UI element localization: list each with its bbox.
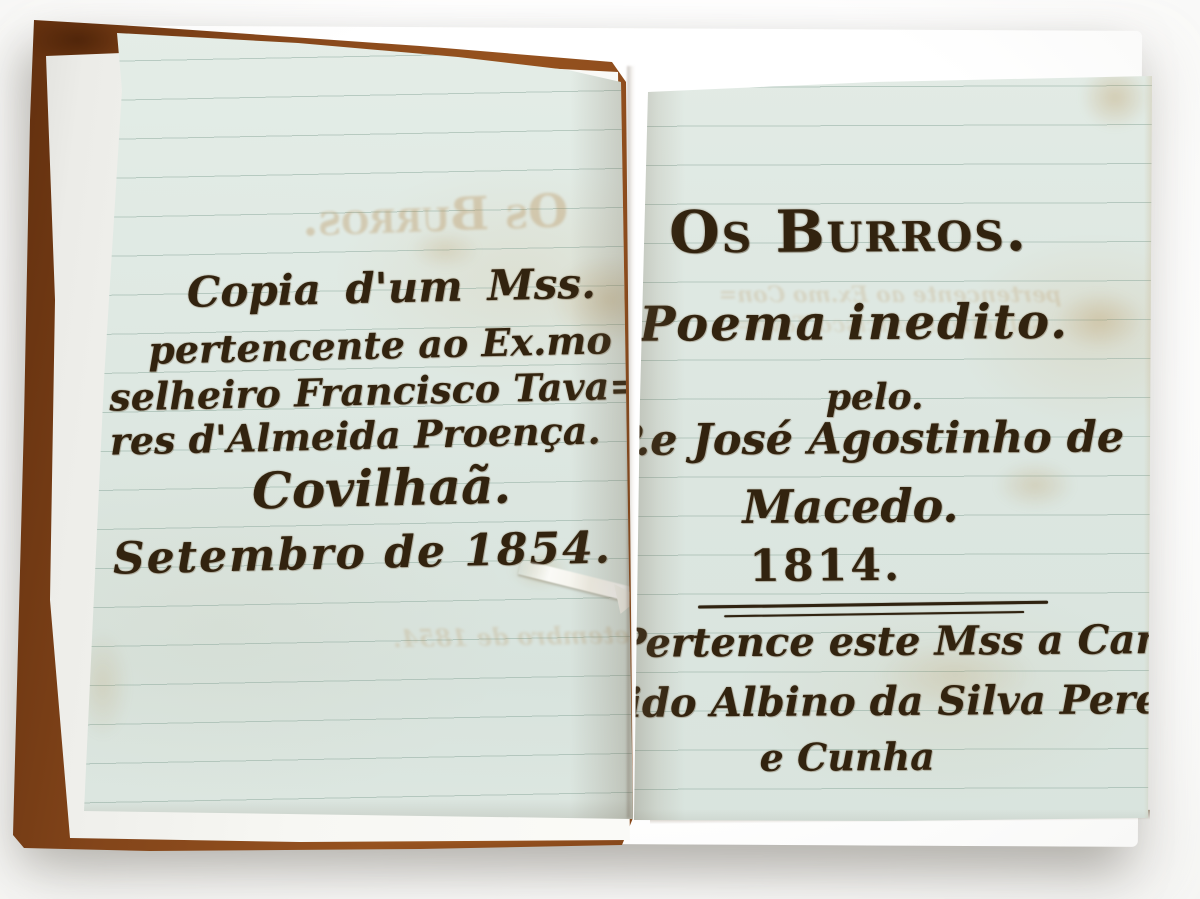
- right-author-2: Macedo.: [625, 481, 1081, 534]
- left-page-text: Copia d'um Mss. pertencente ao Ex.mo Con…: [80, 30, 640, 825]
- gutter-crease: [627, 66, 635, 818]
- right-title: Os Burros.: [625, 199, 1089, 265]
- left-page: Os Burros. Setembro de 1854. Copia d'um …: [80, 30, 640, 825]
- left-line-pertencente: pertencente ao Ex.mo Con=: [148, 319, 629, 371]
- right-author-1: P.e José Agostinho de: [625, 415, 1080, 465]
- left-line-res: res d'Almeida Proença.: [105, 409, 606, 461]
- provenance-line-1: Pertence este Mss a Can=: [625, 618, 1117, 665]
- flourish-rule-lower: [724, 611, 1024, 617]
- right-subtitle: Poema inedito.: [625, 297, 1084, 352]
- right-page: pertencente ao Ex.mo Con= selheiro Franc…: [625, 60, 1160, 835]
- right-year: 1814.: [625, 541, 1056, 592]
- photo-backdrop: Os Burros. Setembro de 1854. Copia d'um …: [0, 0, 1200, 899]
- left-line-copia: Copia d'um Mss.: [186, 261, 587, 315]
- flourish-rule-upper: [698, 601, 1048, 609]
- left-line-covilha: Covilhaã.: [161, 457, 602, 521]
- right-page-text: Os Burros. Poema inedito. pelo. P.e José…: [625, 60, 1160, 835]
- provenance-line-3: e Cunha: [625, 735, 1097, 780]
- aged-page-edge: [1144, 70, 1160, 825]
- provenance-line-2: dido Albino da Silva Pereira: [625, 678, 1119, 725]
